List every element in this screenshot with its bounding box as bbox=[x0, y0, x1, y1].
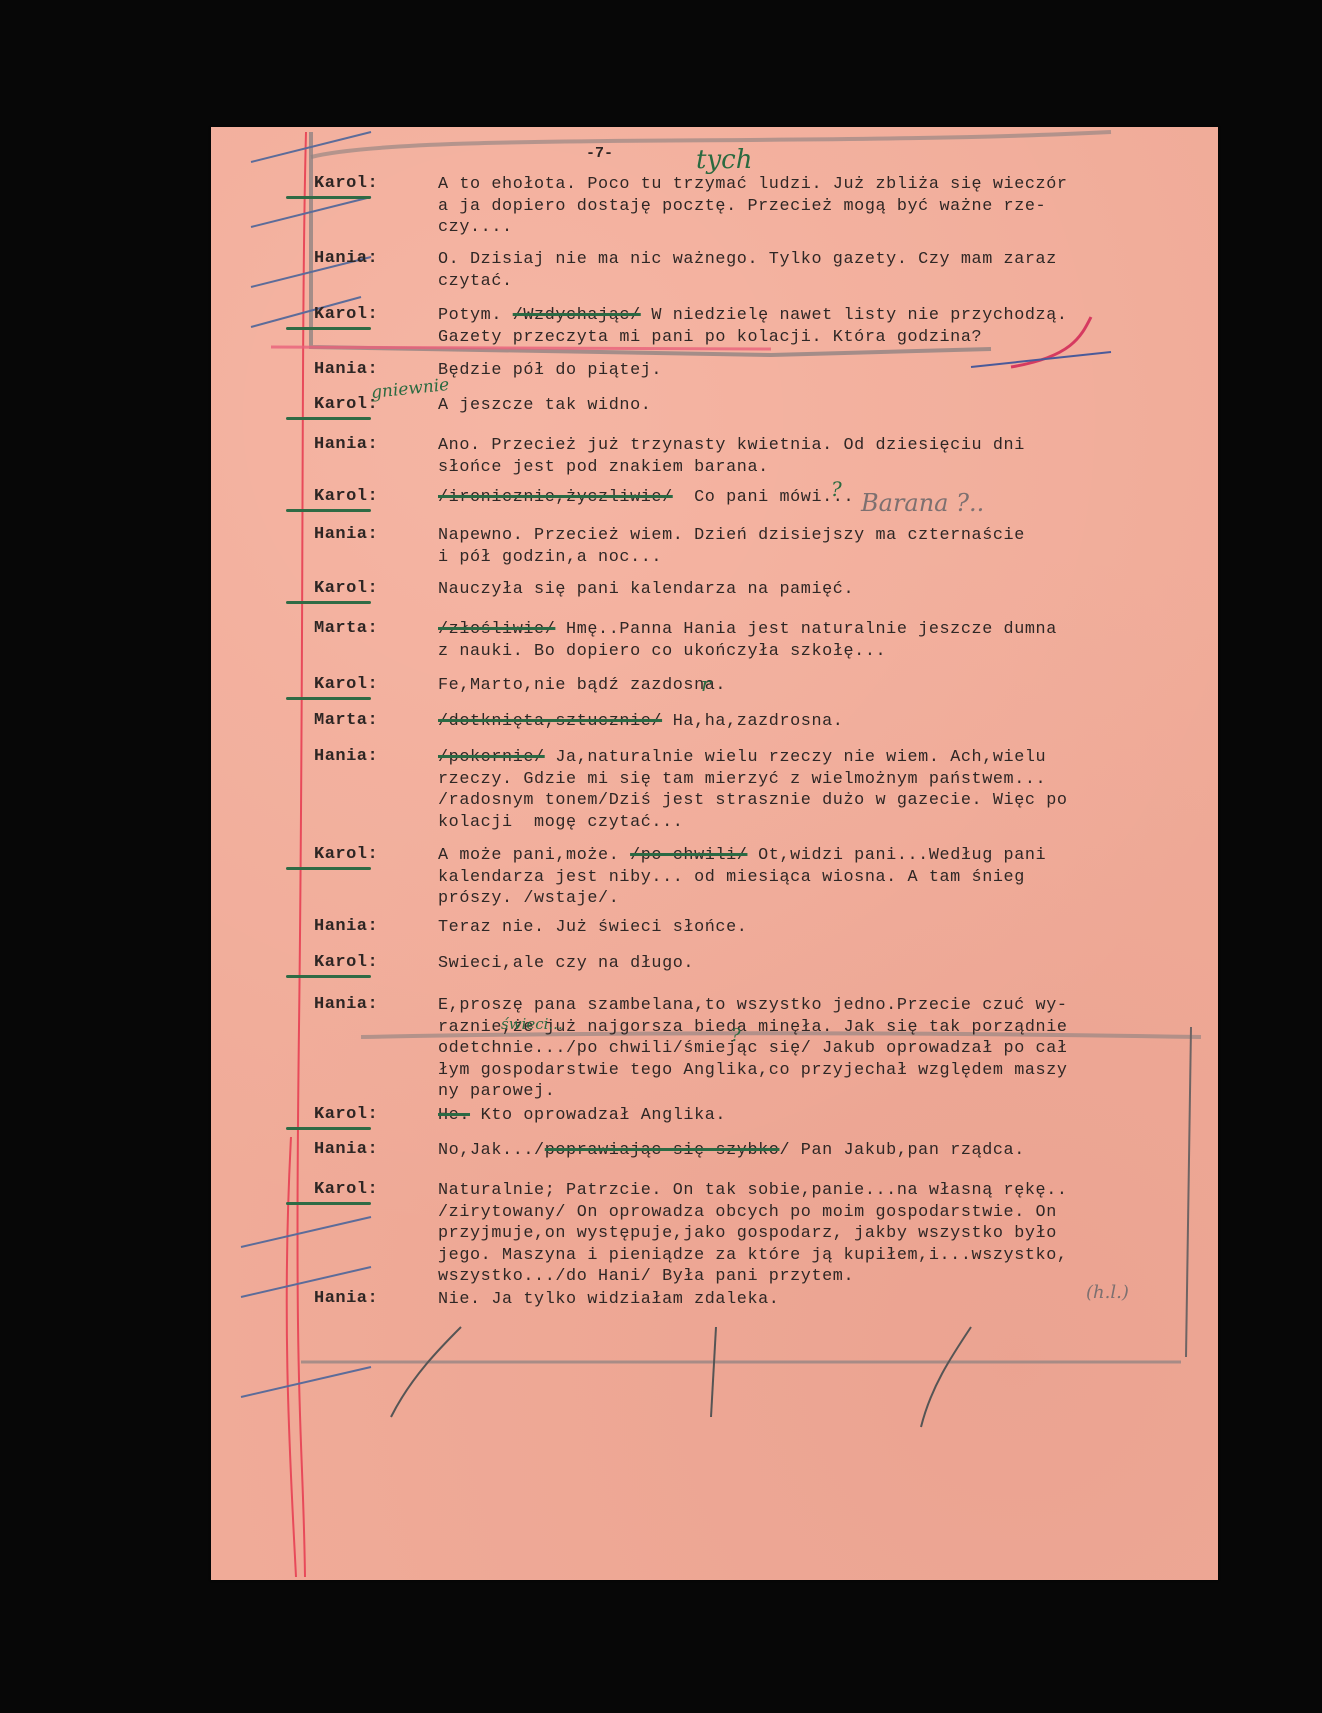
speaker-name: Hania: bbox=[314, 1140, 378, 1159]
speech-text: E,proszę pana szambelana,to wszystko jed… bbox=[438, 995, 1198, 1103]
annotation-tych: tych bbox=[696, 145, 752, 175]
speaker-name: Karol: bbox=[314, 1180, 378, 1199]
speech-text: Ano. Przecież już trzynasty kwietnia. Od… bbox=[438, 435, 1198, 478]
speech-text: Naturalnie; Patrzcie. On tak sobie,panie… bbox=[438, 1180, 1198, 1288]
speech-text: Będzie pół do piątej. bbox=[438, 360, 1198, 382]
speaker-name: Marta: bbox=[314, 619, 378, 638]
speech-text: /ironicznie,życzliwie/ Co pani mówi... bbox=[438, 487, 1198, 509]
speaker-name: Hania: bbox=[314, 525, 378, 544]
struck-stage-direction: /ironicznie,życzliwie/ bbox=[438, 488, 673, 507]
speaker-name: Karol: bbox=[314, 845, 378, 864]
speaker-name: Karol: bbox=[314, 1105, 378, 1124]
annotation-r: r bbox=[701, 672, 711, 696]
struck-stage-direction: He. bbox=[438, 1106, 470, 1125]
struck-stage-direction: /dotknięta,sztucznie/ bbox=[438, 712, 662, 731]
speaker-name: Hania: bbox=[314, 747, 378, 766]
speech-text: Fe,Marto,nie bądź zazdosna. bbox=[438, 675, 1198, 697]
struck-stage-direction: /złośliwie/ bbox=[438, 620, 555, 639]
speaker-name: Hania: bbox=[314, 435, 378, 454]
speaker-underline bbox=[286, 697, 371, 700]
speech-text: Nauczyła się pani kalendarza na pamięć. bbox=[438, 579, 1198, 601]
speaker-name: Karol: bbox=[314, 953, 378, 972]
speaker-underline bbox=[286, 509, 371, 512]
speech-text: Potym. /Wzdychając/ W niedzielę nawet li… bbox=[438, 305, 1198, 348]
speaker-name: Hania: bbox=[314, 995, 378, 1014]
speaker-underline bbox=[286, 1202, 371, 1205]
speech-text: /złośliwie/ Hmę..Panna Hania jest natura… bbox=[438, 619, 1198, 662]
speech-text: Nie. Ja tylko widziałam zdaleka. bbox=[438, 1289, 1198, 1311]
speaker-underline bbox=[286, 601, 371, 604]
speaker-name: Karol: bbox=[314, 487, 378, 506]
speaker-underline bbox=[286, 196, 371, 199]
speaker-name: Hania: bbox=[314, 249, 378, 268]
typescript-page: -7- Karol:A to ehołota. Poco tu trzymać … bbox=[211, 127, 1218, 1580]
speaker-name: Hania: bbox=[314, 1289, 378, 1308]
speech-text: A może pani,może. /po chwili/ Ot,widzi p… bbox=[438, 845, 1198, 910]
struck-stage-direction: /pokornie/ bbox=[438, 748, 545, 767]
speaker-name: Hania: bbox=[314, 360, 378, 379]
speaker-name: Karol: bbox=[314, 675, 378, 694]
speaker-underline bbox=[286, 1127, 371, 1130]
struck-stage-direction: poprawiając się szybko bbox=[545, 1141, 780, 1160]
speech-text: Teraz nie. Już świeci słońce. bbox=[438, 917, 1198, 939]
speaker-name: Hania: bbox=[314, 917, 378, 936]
annotation-question-2: ? bbox=[731, 1025, 741, 1046]
speech-text: Swieci,ale czy na długo. bbox=[438, 953, 1198, 975]
struck-stage-direction: /Wzdychając/ bbox=[513, 306, 641, 325]
speaker-name: Karol: bbox=[314, 395, 378, 414]
speech-text: A jeszcze tak widno. bbox=[438, 395, 1198, 417]
annotation-question: ? bbox=[831, 477, 842, 501]
page-number: -7- bbox=[586, 145, 613, 162]
speaker-underline bbox=[286, 867, 371, 870]
speech-text: He. Kto oprowadzał Anglika. bbox=[438, 1105, 1198, 1127]
annotation-margin-note: (h.l.) bbox=[1086, 1282, 1129, 1303]
speaker-underline bbox=[286, 417, 371, 420]
annotation-swieci: świeci... bbox=[501, 1015, 563, 1033]
struck-stage-direction: /po chwili/ bbox=[630, 846, 747, 865]
speech-text: O. Dzisiaj nie ma nic ważnego. Tylko gaz… bbox=[438, 249, 1198, 292]
speaker-name: Karol: bbox=[314, 305, 378, 324]
speech-text: No,Jak.../poprawiając się szybko/ Pan Ja… bbox=[438, 1140, 1198, 1162]
speaker-underline bbox=[286, 327, 371, 330]
speech-text: /dotknięta,sztucznie/ Ha,ha,zazdrosna. bbox=[438, 711, 1198, 733]
speech-text: /pokornie/ Ja,naturalnie wielu rzeczy ni… bbox=[438, 747, 1198, 833]
speaker-name: Karol: bbox=[314, 579, 378, 598]
annotation-barana: Barana ?.. bbox=[861, 489, 984, 517]
speaker-name: Marta: bbox=[314, 711, 378, 730]
speaker-underline bbox=[286, 975, 371, 978]
speech-text: Napewno. Przecież wiem. Dzień dzisiejszy… bbox=[438, 525, 1198, 568]
speech-text: A to ehołota. Poco tu trzymać ludzi. Już… bbox=[438, 174, 1198, 239]
speaker-name: Karol: bbox=[314, 174, 378, 193]
